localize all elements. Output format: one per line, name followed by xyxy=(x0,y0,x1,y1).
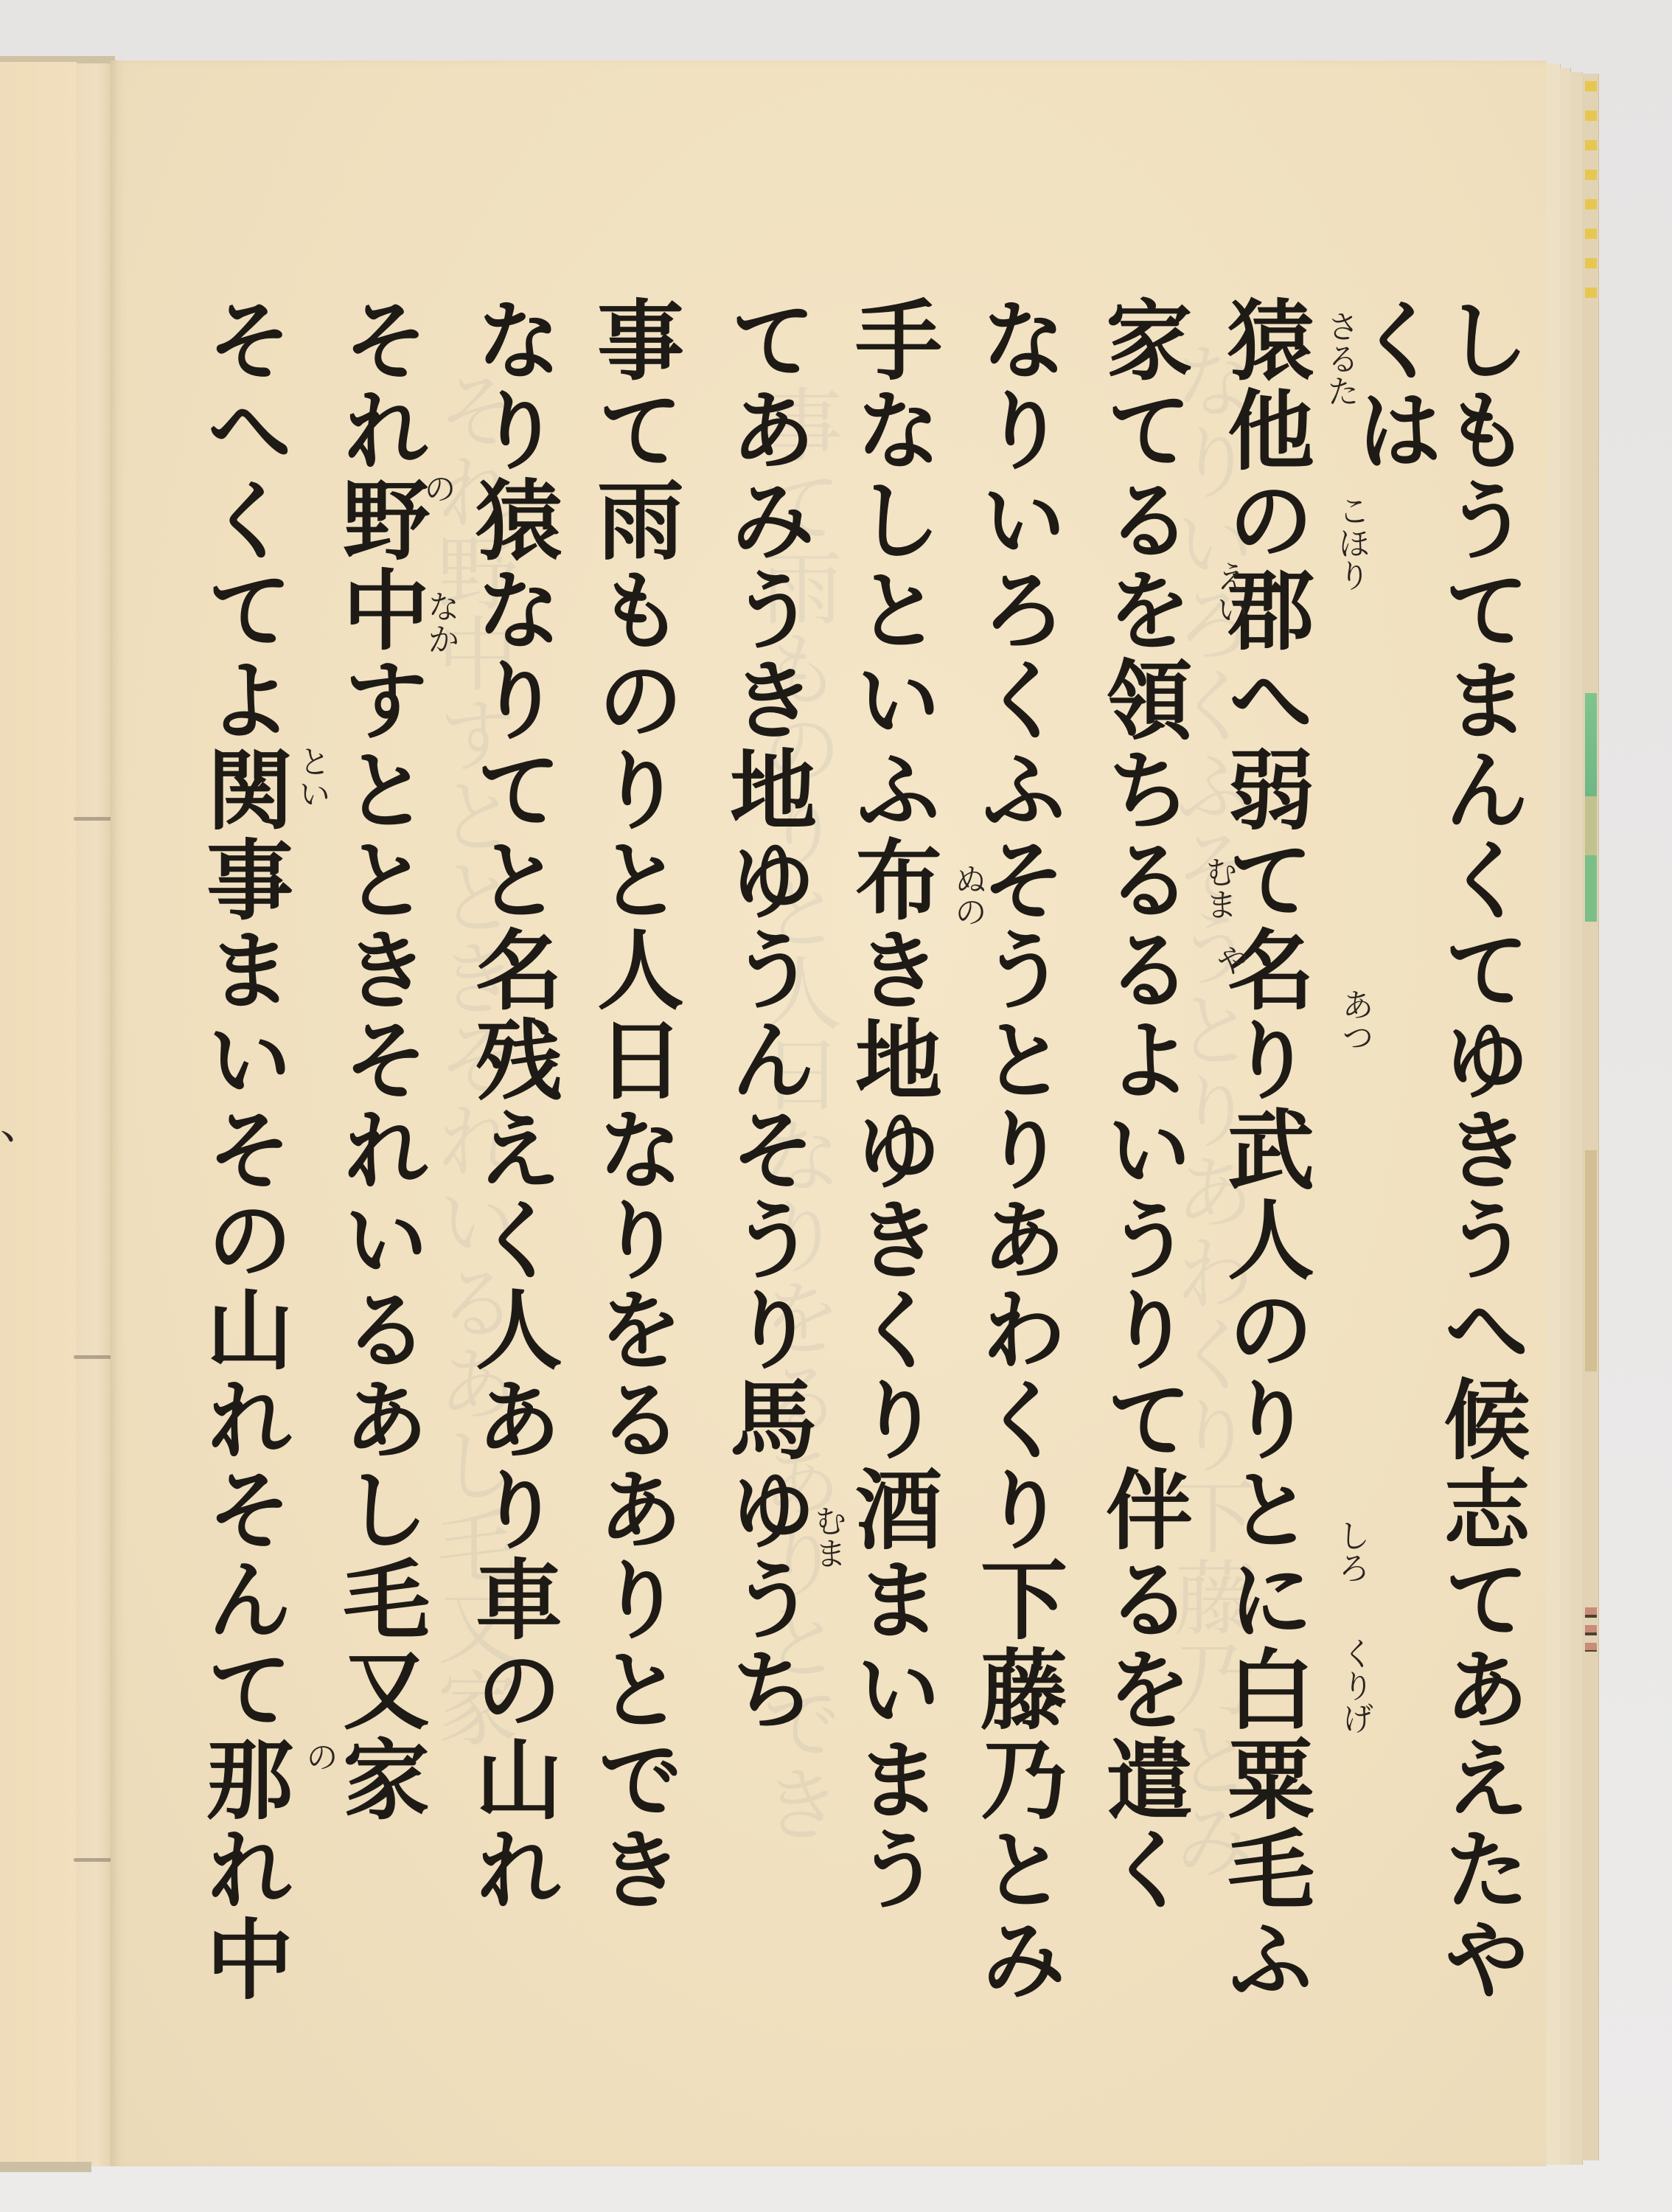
text-column-10: そへくてよ関事まいその山れそんて那れ中 xyxy=(199,295,286,2020)
text-column-5: 手なしといふ布き地ゆきくり酒まいまう xyxy=(848,295,935,2020)
fore-edge-olive-paint xyxy=(1585,796,1597,855)
ruby-gloss: とい xyxy=(288,745,335,810)
ruby-gloss: こほり xyxy=(1327,494,1374,591)
text-column-1: しもうてまんくてゆきうへ候志てあえたやくは xyxy=(1349,295,1523,2020)
text-column-3: 家てるを領ちるるよいうりて伴るを遣く xyxy=(1098,295,1185,2020)
ruby-gloss: や xyxy=(1205,944,1253,976)
ruby-gloss: むま xyxy=(804,1504,851,1569)
fore-edge-green-paint xyxy=(1585,855,1597,922)
binding-strip xyxy=(77,63,111,2166)
ruby-gloss: ぬの xyxy=(944,863,991,928)
text-column-9: それ野中すとときそれいるあし毛又家 xyxy=(335,295,422,2020)
fore-edge-gold-paint xyxy=(1585,81,1597,317)
page-fore-edge xyxy=(1582,74,1599,2160)
text-column-8: なり猿なりてと名残えく人あり車の山れ xyxy=(468,295,555,2020)
fore-edge-tan-stain xyxy=(1585,1150,1597,1371)
text-column-6: てあみうき地ゆうんそうり馬ゆうち xyxy=(722,295,809,2020)
text-column-4: なりいろくふそうとりあわくり下藤乃とみ xyxy=(973,295,1060,2020)
text-block: しもうてまんくてゆきうへ候志てあえたやくは 猿他の郡へ弱て名り武人のりとに白粟毛… xyxy=(177,295,1504,2020)
left-page-ink-mark: 、 xyxy=(0,1102,22,1124)
fore-edge-red-paint xyxy=(1585,1607,1597,1652)
text-column-2: 猿他の郡へ弱て名り武人のりとに白粟毛ふ xyxy=(1220,295,1307,2020)
left-cover-edge-bottom xyxy=(0,2162,91,2172)
ruby-gloss: えい xyxy=(1205,560,1253,625)
left-page: 、 xyxy=(0,62,77,2163)
page-fore-edge xyxy=(1547,63,1561,2165)
page-fore-edge xyxy=(1560,68,1571,2165)
ruby-gloss: の xyxy=(295,1740,342,1773)
fore-edge-green-paint xyxy=(1585,693,1597,796)
ruby-gloss: の xyxy=(413,472,460,504)
ruby-gloss: さるた xyxy=(1316,310,1363,407)
page-fore-edge xyxy=(1570,72,1583,2165)
ruby-gloss: むま xyxy=(1194,855,1241,920)
ruby-gloss: くりげ xyxy=(1331,1637,1378,1734)
ruby-gloss: あつ xyxy=(1331,988,1378,1053)
ruby-gloss: しろ xyxy=(1327,1519,1374,1584)
text-column-7: 事て雨ものりと人日なりをるありとでき xyxy=(590,295,677,2020)
ruby-gloss: なか xyxy=(417,590,464,655)
